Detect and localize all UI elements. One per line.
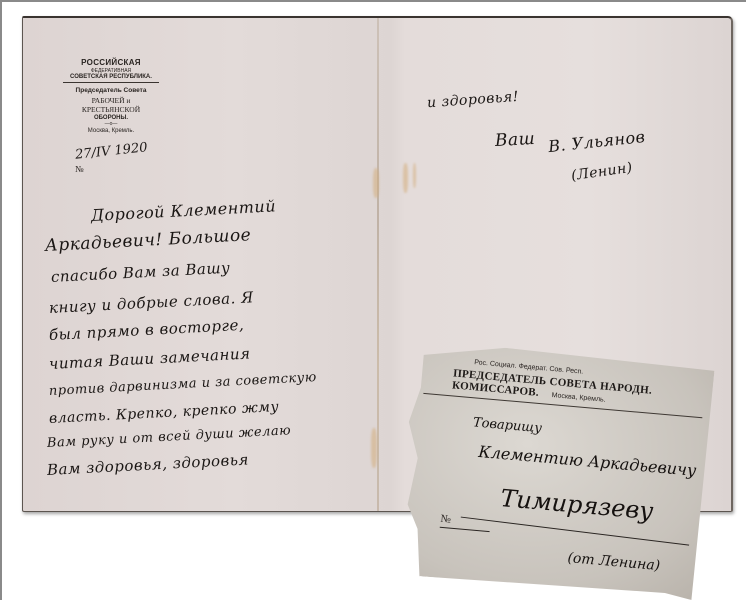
stain	[403, 163, 408, 193]
letter-line: Дорогой Клементий	[91, 196, 277, 225]
letter-line: Вам руку и от всей души желаю	[47, 423, 292, 451]
envelope-address-rule	[461, 517, 689, 546]
letter-line: читая Ваши замечания	[49, 344, 251, 373]
envelope-address-line: Тимирязеву	[499, 484, 654, 525]
letter-line: книгу и добрые слова. Я	[49, 288, 255, 317]
stain	[413, 163, 416, 188]
letterhead-line: СОВЕТСКАЯ РЕСПУБЛИКА.	[63, 74, 159, 83]
image-border-top	[0, 0, 746, 2]
letter-continuation: и здоровья!	[427, 89, 520, 111]
signature-note: (Ленин)	[570, 160, 633, 184]
envelope-from-note: (от Ленина)	[567, 550, 661, 574]
letterhead-line: Председатель Совета	[63, 87, 159, 94]
letter-line: был прямо в восторге,	[49, 316, 245, 344]
letterhead: РОССИЙСКАЯ ФЕДЕРАТИВНАЯ СОВЕТСКАЯ РЕСПУБ…	[63, 58, 159, 134]
letter-line: против дарвинизма и за советскую	[49, 370, 317, 399]
stain	[371, 428, 377, 468]
envelope-number-label: №	[440, 513, 452, 526]
letter-number-label: №	[75, 164, 84, 174]
letter-line: власть. Крепко, крепко жму	[49, 399, 280, 427]
letter-closing: Ваш	[495, 129, 536, 151]
envelope-address-line: Клементию Аркадьевичу	[478, 442, 697, 480]
letter-line: Вам здоровья, здоровья	[47, 450, 250, 479]
letter-line: спасибо Вам за Вашу	[51, 259, 231, 286]
stain	[373, 168, 379, 198]
letter-line: Аркадьевич! Большое	[44, 225, 251, 256]
center-fold	[377, 18, 379, 511]
image-border-left	[0, 0, 2, 600]
letterhead-line: РОССИЙСКАЯ	[63, 58, 159, 67]
letterhead-line: РАБОЧЕЙ и КРЕСТЬЯНСКОЙ	[63, 96, 159, 114]
signature: В. Ульянов	[547, 127, 646, 156]
letterhead-line: Москва, Кремль.	[63, 128, 159, 134]
envelope-address-line: Товарищу	[472, 415, 542, 436]
envelope-number-rule	[440, 527, 490, 532]
letter-date: 27/IV 1920	[74, 140, 148, 163]
envelope: Рос. Социал. Федерат. Сов. Респ. ПРЕДСЕД…	[396, 340, 715, 600]
letterhead-line: —о—	[63, 121, 159, 127]
